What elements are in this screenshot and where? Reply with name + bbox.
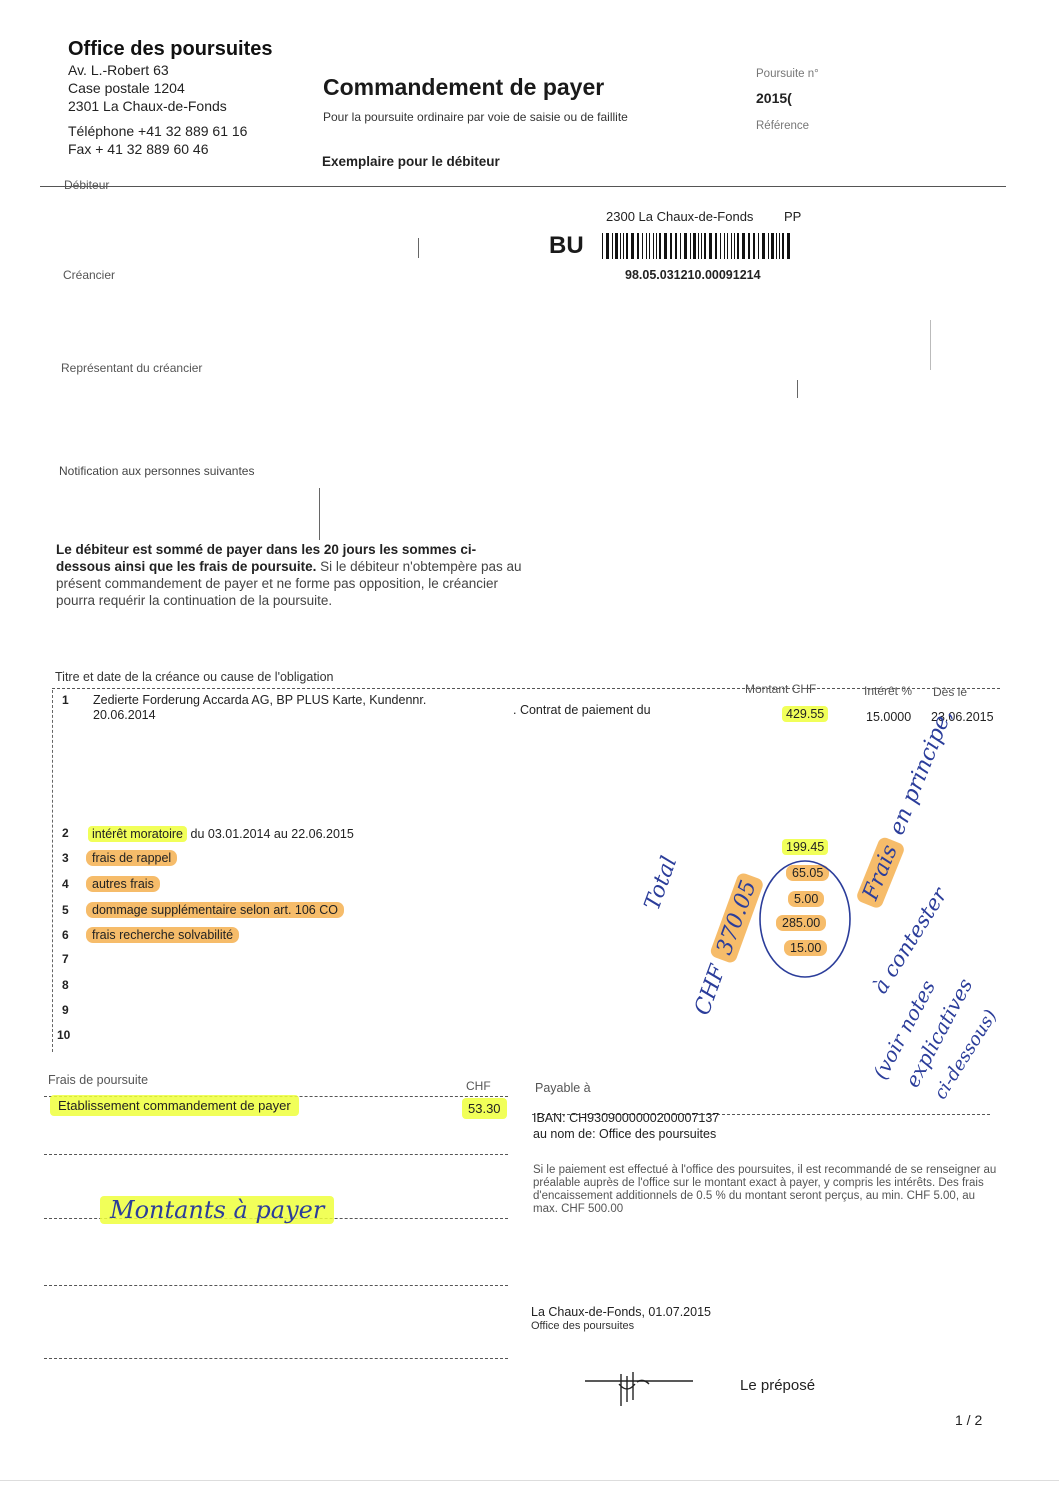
scan-mark <box>319 488 320 540</box>
handwritten-frais: Frais en principe, <box>856 706 958 910</box>
page-number: 1 / 2 <box>955 1412 982 1428</box>
office-address-2: Case postale 1204 <box>68 80 185 96</box>
postal-locality: 2300 La Chaux-de-Fonds <box>606 209 753 224</box>
office-phone: Téléphone +41 32 889 61 16 <box>68 123 247 139</box>
creditor-rep-label: Représentant du créancier <box>61 361 202 375</box>
claims-top-rule <box>52 688 1000 689</box>
claim-text: frais recherche solvabilité <box>86 927 239 943</box>
claim-period: du 03.01.2014 au 22.06.2015 <box>187 827 354 841</box>
scan-mark <box>797 380 798 398</box>
frais-word: Frais <box>855 835 906 909</box>
notification-label: Notification aux personnes suivantes <box>59 464 254 478</box>
claim-interest: 15.0000 <box>866 710 911 724</box>
fees-rule <box>44 1358 508 1359</box>
office-name: Office des poursuites <box>68 38 273 61</box>
col-amount: Montant CHF <box>745 682 816 696</box>
handwritten-amounts-to-pay: Montants à payer <box>100 1196 334 1224</box>
scan-mark <box>418 238 419 258</box>
total-label: Total <box>640 853 682 913</box>
row-number: 9 <box>62 1003 76 1017</box>
postal-pp: PP <box>784 209 801 224</box>
iban: IBAN: CH9309000000200007137 <box>533 1111 719 1126</box>
document-subtitle: Pour la poursuite ordinaire par voie de … <box>323 110 628 124</box>
document-title: Commandement de payer <box>323 74 604 101</box>
total-currency: CHF <box>690 962 731 1019</box>
payable-label: Payable à <box>535 1081 591 1095</box>
place-date: La Chaux-de-Fonds, 01.07.2015 <box>531 1305 711 1319</box>
claims-title: Titre et date de la créance ou cause de … <box>55 670 334 684</box>
office-address-3: 2301 La Chaux-de-Fonds <box>68 98 227 114</box>
claim-extra: . Contrat de paiement du <box>513 703 651 717</box>
claims-left-rule <box>52 690 53 1052</box>
office-fax: Fax + 41 32 889 60 46 <box>68 141 209 157</box>
debtor-label: Débiteur <box>64 178 109 192</box>
claim-text: frais de rappel <box>86 850 177 866</box>
payment-notice: Si le paiement est effectué à l'office d… <box>533 1164 1003 1216</box>
claim-text: intérêt moratoire <box>88 826 187 842</box>
handwritten-total: Total <box>640 853 682 913</box>
col-interest: Intérêt % <box>864 684 912 698</box>
amounts-to-pay: Montants à payer <box>100 1196 334 1224</box>
barcode <box>602 233 807 259</box>
office-address-1: Av. L.-Robert 63 <box>68 62 169 78</box>
scan-mark <box>930 320 931 370</box>
row-number: 2 <box>62 826 76 840</box>
barcode-number: 98.05.031210.00091214 <box>625 268 761 282</box>
row-number: 8 <box>62 978 76 992</box>
signature-office: Office des poursuites <box>531 1320 634 1332</box>
row-number: 1 <box>62 693 76 707</box>
fees-amount: 53.30 <box>462 1098 507 1119</box>
fees-item: Etablissement commandement de payer <box>50 1095 299 1116</box>
reference-label: Référence <box>756 120 809 132</box>
claim-text: Zedierte Forderung Accarda AG, BP PLUS K… <box>93 693 426 707</box>
header-divider <box>40 186 1006 187</box>
claim-text: autres frais <box>86 876 160 892</box>
summons-text: Le débiteur est sommé de payer dans les … <box>56 541 526 609</box>
creditor-label: Créancier <box>63 268 115 282</box>
beneficiary: au nom de: Office des poursuites <box>533 1127 716 1142</box>
signer-title: Le préposé <box>740 1377 815 1394</box>
case-number-label: Poursuite n° <box>756 68 819 80</box>
row-number: 3 <box>62 851 76 865</box>
claim-text: dommage supplémentaire selon art. 106 CO <box>86 902 344 918</box>
row-number: 4 <box>62 877 76 891</box>
fees-title: Frais de poursuite <box>48 1073 148 1087</box>
row-number: 5 <box>62 903 76 917</box>
row-number: 10 <box>57 1028 71 1042</box>
row-number: 7 <box>62 952 76 966</box>
case-number: 2015( <box>756 90 792 106</box>
copy-label: Exemplaire pour le débiteur <box>322 154 500 169</box>
fees-rule <box>44 1285 508 1286</box>
fees-currency: CHF <box>466 1079 491 1093</box>
signature-mark <box>583 1370 698 1410</box>
page-edge <box>0 1480 1059 1481</box>
row-number: 6 <box>62 928 76 942</box>
claim-date: 20.06.2014 <box>93 708 156 722</box>
claim-amount: 199.45 <box>782 839 828 855</box>
fees-rule <box>44 1154 508 1155</box>
postal-bu: BU <box>549 232 584 260</box>
claim-amount: 429.55 <box>782 706 828 722</box>
note-line-1: en principe, <box>885 706 958 839</box>
handwritten-circle <box>752 855 862 985</box>
